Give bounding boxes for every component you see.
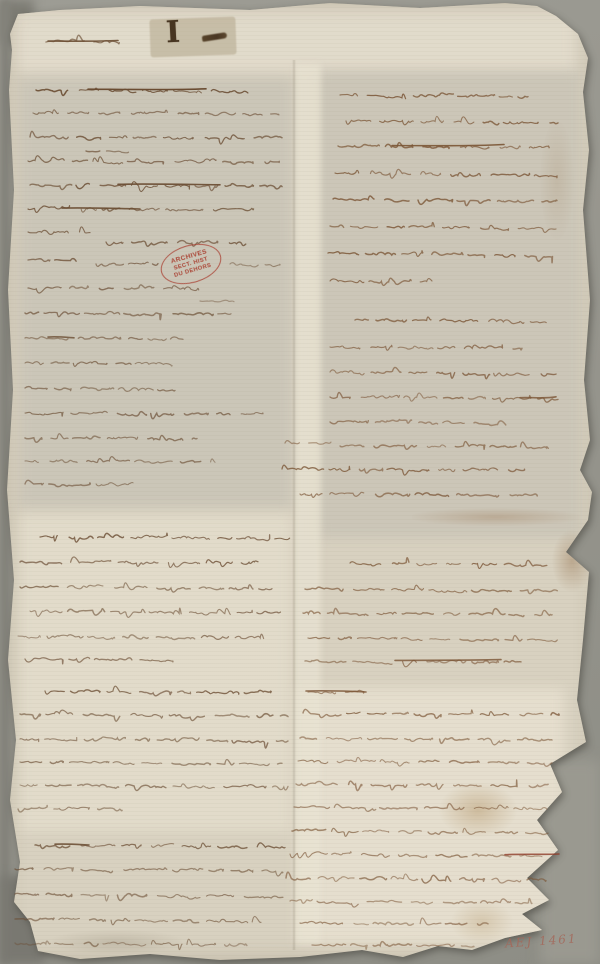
paper-column-gap [295, 64, 321, 944]
paper-patch-right-upper [318, 70, 580, 538]
paper-edge-shading [0, 0, 600, 964]
paper-patch-right-lower [296, 688, 564, 946]
stain [52, 930, 182, 954]
stain [540, 120, 574, 240]
stain [438, 782, 518, 838]
paper-sheet-wrap [0, 0, 600, 964]
paper-patch-top [15, 4, 575, 72]
paper-patch-left-lower [18, 514, 292, 832]
page-numeral: I [165, 18, 181, 49]
paper-sheet [0, 0, 600, 964]
stain [412, 508, 580, 526]
stain [552, 530, 592, 592]
paper-patch-left-upper [20, 78, 292, 508]
manuscript-scan: I ARCHIVES SECT. HIST DU DEHORS AEJ 1461 [0, 0, 600, 964]
center-fold-line [292, 60, 296, 950]
